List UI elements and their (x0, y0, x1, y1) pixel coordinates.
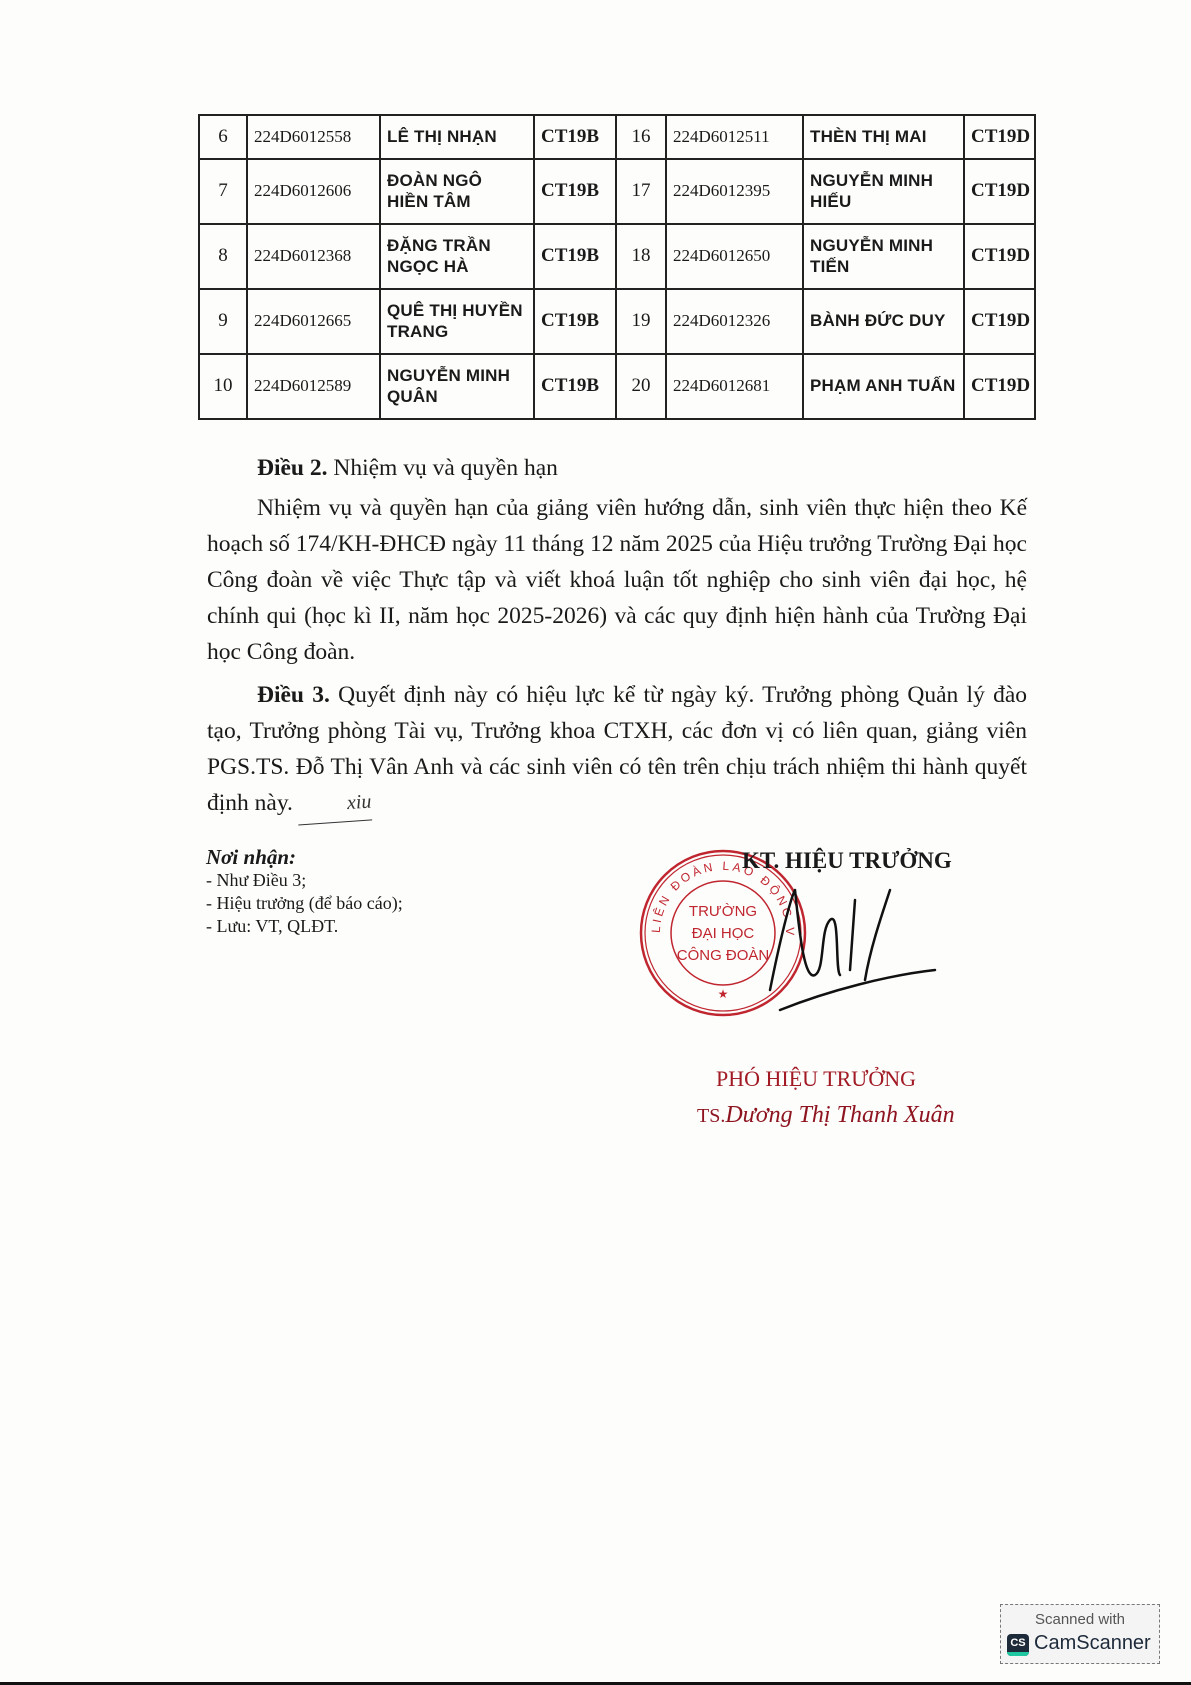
student-stt: 17 (616, 159, 666, 224)
student-name: THÈN THỊ MAI (803, 115, 964, 159)
student-class: CT19D (964, 289, 1035, 354)
student-stt: 9 (199, 289, 247, 354)
student-code: 224D6012589 (247, 354, 380, 419)
student-class: CT19B (534, 115, 616, 159)
camscanner-brand: CamScanner (1034, 1632, 1151, 1655)
student-stt: 8 (199, 224, 247, 289)
student-name: NGUYỄN MINH HIẾU (803, 159, 964, 224)
student-class: CT19D (964, 115, 1035, 159)
student-stt: 10 (199, 354, 247, 419)
camscanner-logo-icon: CS (1007, 1634, 1029, 1656)
recipient-item: - Lưu: VT, QLĐT. (206, 915, 403, 938)
student-stt: 7 (199, 159, 247, 224)
signing-authority: KT. HIỆU TRƯỞNG (742, 848, 952, 874)
signer-title: PHÓ HIỆU TRƯỞNG (716, 1066, 916, 1092)
handwritten-initials: xiu (296, 783, 373, 825)
student-table: 6224D6012558LÊ THỊ NHẠNCT19B16224D601251… (198, 114, 1036, 420)
student-stt: 20 (616, 354, 666, 419)
student-class: CT19B (534, 289, 616, 354)
table-row: 7224D6012606ĐOÀN NGÔ HIỀN TÂMCT19B17224D… (199, 159, 1035, 224)
student-class: CT19D (964, 354, 1035, 419)
article-3-label: Điều 3. (257, 682, 330, 708)
signer-name-prefix: TS. (697, 1105, 725, 1127)
table-row: 8224D6012368ĐẶNG TRẦN NGỌC HÀCT19B18224D… (199, 224, 1035, 289)
camscanner-watermark: Scanned with CS CamScanner (1000, 1604, 1160, 1664)
svg-text:TRƯỜNG: TRƯỜNG (689, 903, 757, 920)
article-3: Điều 3. Quyết định này có hiệu lực kể từ… (207, 677, 1027, 823)
student-name: ĐOÀN NGÔ HIỀN TÂM (380, 159, 534, 224)
student-name: NGUYỄN MINH TIẾN (803, 224, 964, 289)
svg-text:★: ★ (718, 987, 729, 1001)
student-code: 224D6012558 (247, 115, 380, 159)
svg-text:ĐẠI HỌC: ĐẠI HỌC (692, 925, 755, 942)
svg-text:CÔNG ĐOÀN: CÔNG ĐOÀN (677, 947, 770, 964)
student-code: 224D6012665 (247, 289, 380, 354)
student-name: QUÊ THỊ HUYỀN TRANG (380, 289, 534, 354)
article-2-body: Nhiệm vụ và quyền hạn của giảng viên hướ… (207, 490, 1027, 670)
signer-name-text: Dương Thị Thanh Xuân (725, 1102, 954, 1128)
student-name: LÊ THỊ NHẠN (380, 115, 534, 159)
student-code: 224D6012368 (247, 224, 380, 289)
table-row: 6224D6012558LÊ THỊ NHẠNCT19B16224D601251… (199, 115, 1035, 159)
student-code: 224D6012511 (666, 115, 803, 159)
table-row: 9224D6012665QUÊ THỊ HUYỀN TRANGCT19B1922… (199, 289, 1035, 354)
recipient-item: - Hiệu trưởng (để báo cáo); (206, 892, 403, 915)
student-class: CT19D (964, 224, 1035, 289)
student-code: 224D6012681 (666, 354, 803, 419)
student-code: 224D6012326 (666, 289, 803, 354)
recipients-block: Nơi nhận: - Như Điều 3; - Hiệu trưởng (đ… (206, 846, 403, 938)
student-code: 224D6012606 (247, 159, 380, 224)
student-stt: 6 (199, 115, 247, 159)
scanned-with-label: Scanned with (1001, 1611, 1159, 1628)
student-code: 224D6012650 (666, 224, 803, 289)
recipient-item: - Như Điều 3; (206, 869, 403, 892)
student-stt: 18 (616, 224, 666, 289)
signer-name: TS.Dương Thị Thanh Xuân (697, 1102, 955, 1129)
table-row: 10224D6012589NGUYỄN MINH QUÂNCT19B20224D… (199, 354, 1035, 419)
student-name: ĐẶNG TRẦN NGỌC HÀ (380, 224, 534, 289)
article-2-label: Điều 2. (257, 455, 328, 481)
student-class: CT19B (534, 159, 616, 224)
signature-icon (760, 880, 940, 1020)
student-class: CT19D (964, 159, 1035, 224)
student-name: PHẠM ANH TUẤN (803, 354, 964, 419)
recipients-title: Nơi nhận: (206, 846, 403, 869)
student-stt: 19 (616, 289, 666, 354)
student-class: CT19B (534, 354, 616, 419)
student-stt: 16 (616, 115, 666, 159)
article-2-title: Nhiệm vụ và quyền hạn (328, 455, 558, 481)
article-2-heading: Điều 2. Nhiệm vụ và quyền hạn (207, 450, 1027, 486)
student-code: 224D6012395 (666, 159, 803, 224)
student-class: CT19B (534, 224, 616, 289)
student-name: BÀNH ĐỨC DUY (803, 289, 964, 354)
student-name: NGUYỄN MINH QUÂN (380, 354, 534, 419)
